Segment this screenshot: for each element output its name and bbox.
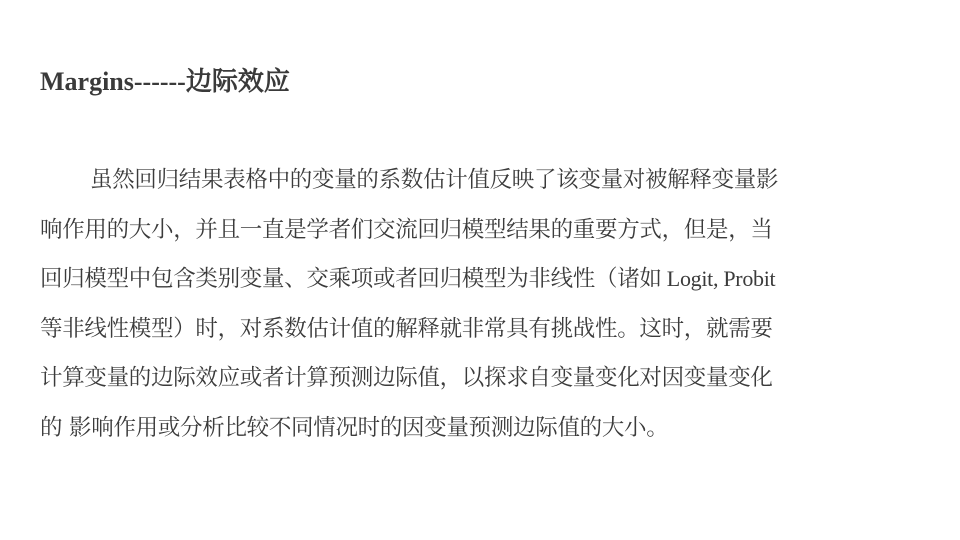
- paragraph-line-3-cjk: 回归模型中包含类别变量、交乘项或者回归模型为非线性（诸如: [40, 266, 662, 292]
- paragraph-line-2: 响作用的大小，并且一直是学者们交流回归模型结果的重要方式，但是，当: [40, 210, 910, 260]
- paragraph-line-3: 回归模型中包含类别变量、交乘项或者回归模型为非线性（诸如 Logit, Prob…: [40, 259, 910, 309]
- body-paragraph: 虽然回归结果表格中的变量的系数估计值反映了该变量对被解释变量影 响作用的大小，并…: [40, 160, 910, 457]
- paragraph-line-1: 虽然回归结果表格中的变量的系数估计值反映了该变量对被解释变量影: [40, 160, 910, 210]
- slide-title-latin: Margins------: [40, 67, 186, 96]
- slide-title: Margins------边际效应: [40, 62, 290, 102]
- paragraph-line-5: 计算变量的边际效应或者计算预测边际值，以探求自变量变化对因变量变化: [40, 358, 910, 408]
- slide-title-cjk: 边际效应: [186, 67, 290, 97]
- paragraph-line-4: 等非线性模型）时，对系数估计值的解释就非常具有挑战性。这时，就需要: [40, 309, 910, 359]
- paragraph-line-3-latin: Logit, Probit: [662, 266, 776, 291]
- paragraph-line-6: 的 影响作用或分析比较不同情况时的因变量预测边际值的大小。: [40, 408, 910, 458]
